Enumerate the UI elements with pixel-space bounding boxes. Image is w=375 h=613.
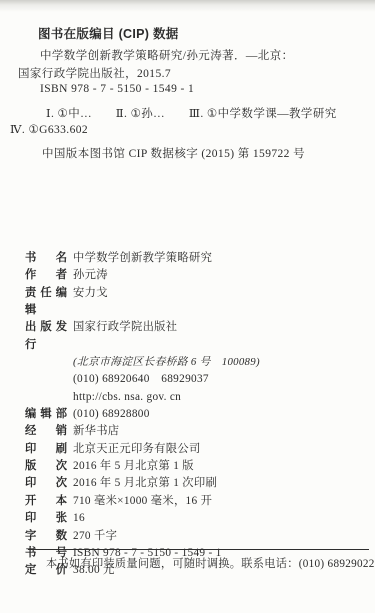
row-label: 责任编辑 (25, 285, 67, 320)
colophon-row-printer: 印刷 北京天正元印务有限公司 (25, 441, 375, 458)
row-value: 16 (73, 510, 85, 527)
row-label: 书名 (25, 250, 67, 267)
cip-registry-line: 中国版本图书馆 CIP 数据核字 (2015) 第 159722 号 (42, 145, 305, 161)
row-label: 作者 (25, 267, 67, 284)
quality-notice: 本书如有印装质量问题，可随时调换。联系电话：(010) 68929022 (46, 555, 375, 571)
cip-title-line: 中学数学创新教学策略研究/孙元涛著．—北京： (40, 47, 294, 63)
row-label: 开本 (25, 493, 67, 510)
row-label: 版次 (25, 458, 67, 475)
row-label: 经销 (25, 423, 67, 440)
row-value: 新华书店 (73, 423, 119, 440)
cip-isbn-line: ISBN 978 - 7 - 5150 - 1549 - 1 (40, 83, 194, 95)
footer-divider (28, 549, 369, 550)
row-label: 编辑部 (25, 406, 67, 423)
row-value: 2016 年 5 月北京第 1 版 (73, 458, 194, 475)
cip-heading: 图书在版编目 (CIP) 数据 (38, 24, 179, 42)
row-value: 北京天正元印务有限公司 (73, 441, 201, 458)
colophon-row-book-title: 书名 中学数学创新教学策略研究 (25, 250, 375, 267)
cip-classification-line-1: Ⅰ. ①中… Ⅱ. ①孙… Ⅲ. ①中学数学课—教学研究 (46, 105, 337, 121)
colophon-row-editor: 责任编辑 安力戈 (25, 285, 375, 320)
row-value: 2016 年 5 月北京第 1 次印刷 (73, 475, 217, 492)
row-value: 710 毫米×1000 毫米，16 开 (73, 493, 212, 510)
row-label: 印张 (25, 510, 67, 527)
colophon-row-editorial-dept: 编辑部 (010) 68928800 (25, 406, 375, 423)
row-value: 孙元涛 (73, 267, 108, 284)
publisher-address: (北京市海淀区长春桥路 6 号 100089) (25, 354, 375, 371)
row-value: 国家行政学院出版社 (73, 319, 177, 336)
publisher-website: http://cbs. nsa. gov. cn (25, 389, 375, 406)
colophon-row-distributor: 经销 新华书店 (25, 423, 375, 440)
row-label: 出版发行 (25, 319, 67, 354)
row-value: (010) 68928800 (73, 406, 150, 423)
cip-classification-line-2: Ⅳ. ①G633.602 (10, 122, 88, 136)
row-value: 安力戈 (73, 285, 108, 302)
colophon-block: 书名 中学数学创新教学策略研究 作者 孙元涛 责任编辑 安力戈 出版发行 国家行… (25, 250, 375, 580)
row-label: 印刷 (25, 441, 67, 458)
row-label: 印次 (25, 475, 67, 492)
colophon-row-publisher: 出版发行 国家行政学院出版社 (25, 319, 375, 354)
colophon-row-sheets: 印张 16 (25, 510, 375, 527)
colophon-row-edition: 版次 2016 年 5 月北京第 1 版 (25, 458, 375, 475)
row-value: 270 千字 (73, 528, 117, 545)
scan-edge-shading (0, 0, 375, 12)
row-value: 中学数学创新教学策略研究 (73, 250, 212, 267)
publisher-phones: (010) 68920640 68929037 (25, 371, 375, 388)
row-label: 字数 (25, 528, 67, 545)
colophon-row-format: 开本 710 毫米×1000 毫米，16 开 (25, 493, 375, 510)
cip-publisher-line: 国家行政学院出版社，2015.7 (18, 65, 171, 81)
colophon-row-impression: 印次 2016 年 5 月北京第 1 次印刷 (25, 475, 375, 492)
colophon-row-author: 作者 孙元涛 (25, 267, 375, 284)
colophon-row-word-count: 字数 270 千字 (25, 528, 375, 545)
copyright-page: 图书在版编目 (CIP) 数据 中学数学创新教学策略研究/孙元涛著．—北京： 国… (0, 0, 375, 613)
